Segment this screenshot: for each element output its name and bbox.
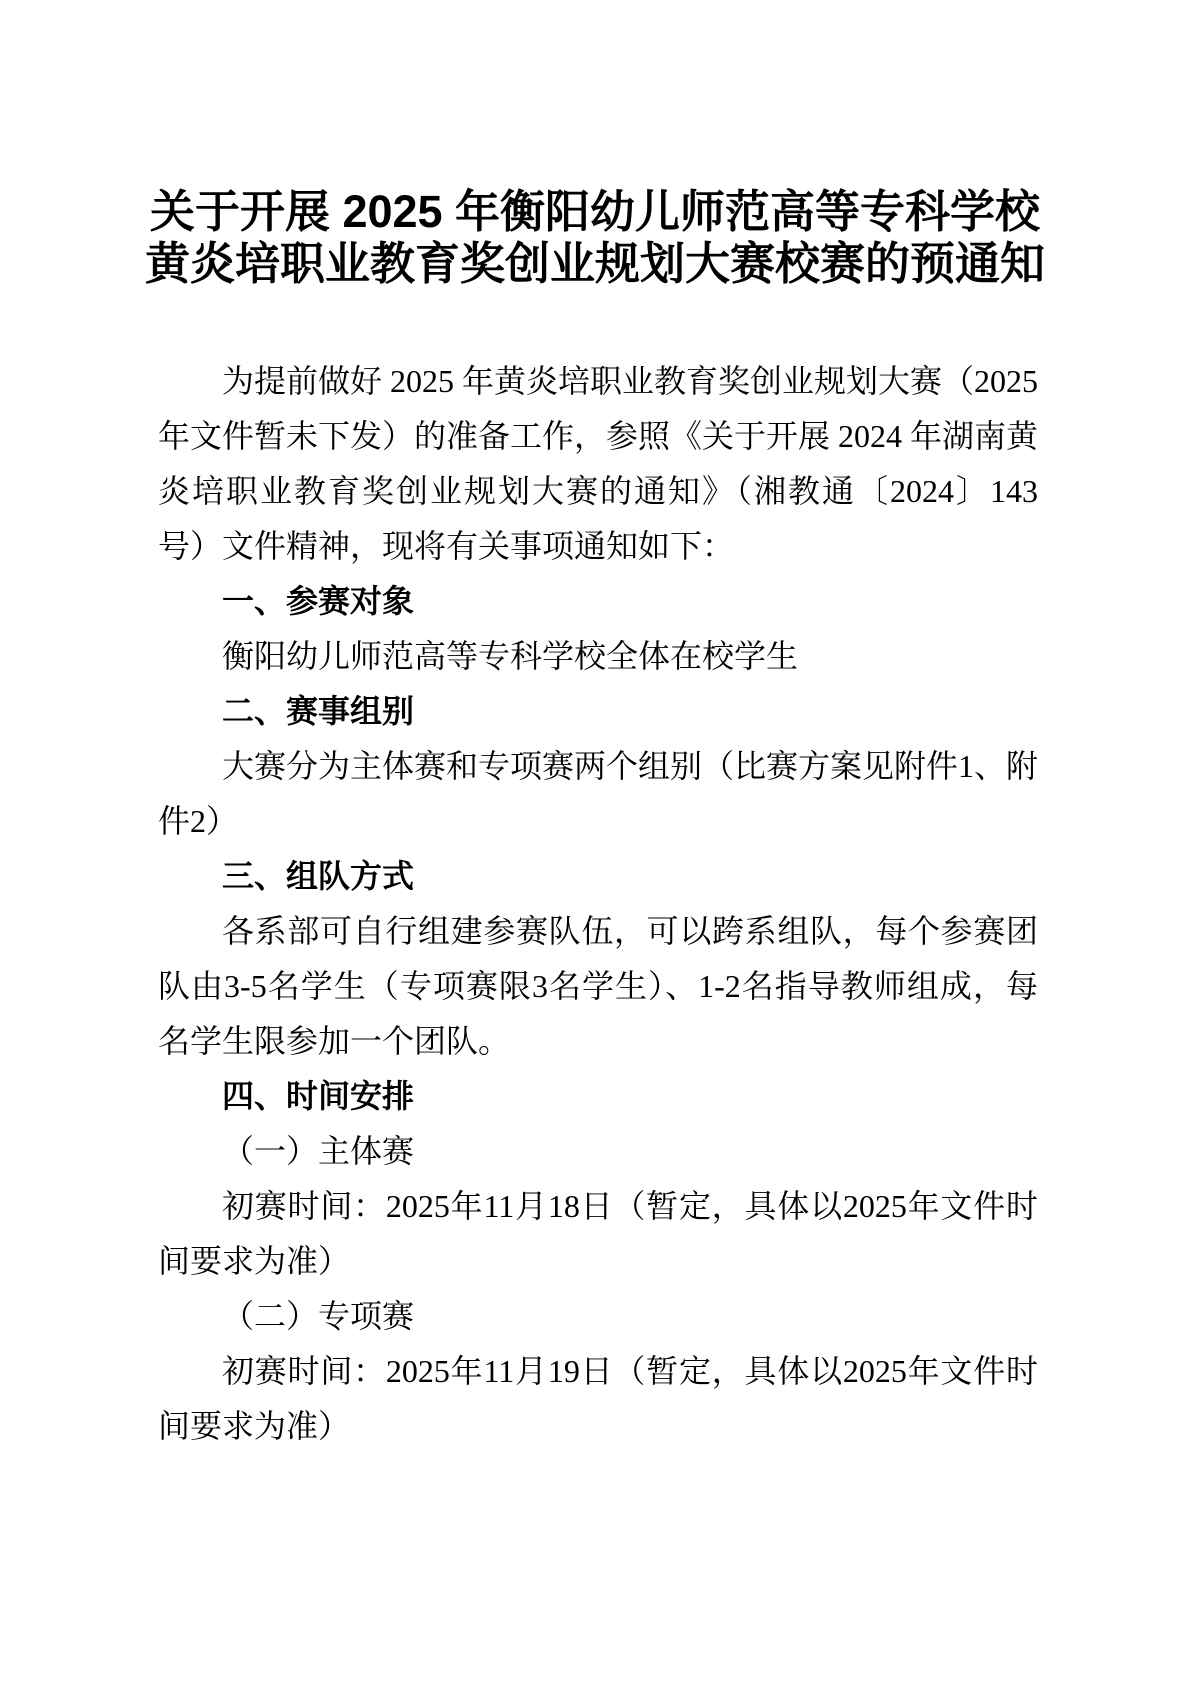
- document-title: 关于开展 2025 年衡阳幼儿师范高等专科学校 黄炎培职业教育奖创业规划大赛校赛…: [95, 186, 1095, 290]
- subsection-4-1-paragraph: 初赛时间：2025年11月18日（暂定，具体以2025年文件时间要求为准）: [158, 1179, 1038, 1289]
- subsection-heading-4-2: （二）专项赛: [158, 1289, 1038, 1344]
- section-heading-2: 二、赛事组别: [158, 684, 1038, 739]
- document-title-line-2: 黄炎培职业教育奖创业规划大赛校赛的预通知: [95, 238, 1095, 290]
- section-heading-3: 三、组队方式: [158, 849, 1038, 904]
- section-2-paragraph: 大赛分为主体赛和专项赛两个组别（比赛方案见附件1、附件2）: [158, 739, 1038, 849]
- section-heading-1: 一、参赛对象: [158, 574, 1038, 629]
- section-3-paragraph: 各系部可自行组建参赛队伍，可以跨系组队，每个参赛团队由3-5名学生（专项赛限3名…: [158, 904, 1038, 1069]
- document-body: 为提前做好 2025 年黄炎培职业教育奖创业规划大赛（2025年文件暂未下发）的…: [158, 354, 1038, 1454]
- section-1-paragraph: 衡阳幼儿师范高等专科学校全体在校学生: [158, 629, 1038, 684]
- subsection-heading-4-1: （一）主体赛: [158, 1124, 1038, 1179]
- document-title-line-1: 关于开展 2025 年衡阳幼儿师范高等专科学校: [95, 186, 1095, 238]
- section-heading-4: 四、时间安排: [158, 1069, 1038, 1124]
- document-page: 关于开展 2025 年衡阳幼儿师范高等专科学校 黄炎培职业教育奖创业规划大赛校赛…: [0, 0, 1190, 1682]
- intro-paragraph: 为提前做好 2025 年黄炎培职业教育奖创业规划大赛（2025年文件暂未下发）的…: [158, 354, 1038, 574]
- subsection-4-2-paragraph: 初赛时间：2025年11月19日（暂定，具体以2025年文件时间要求为准）: [158, 1344, 1038, 1454]
